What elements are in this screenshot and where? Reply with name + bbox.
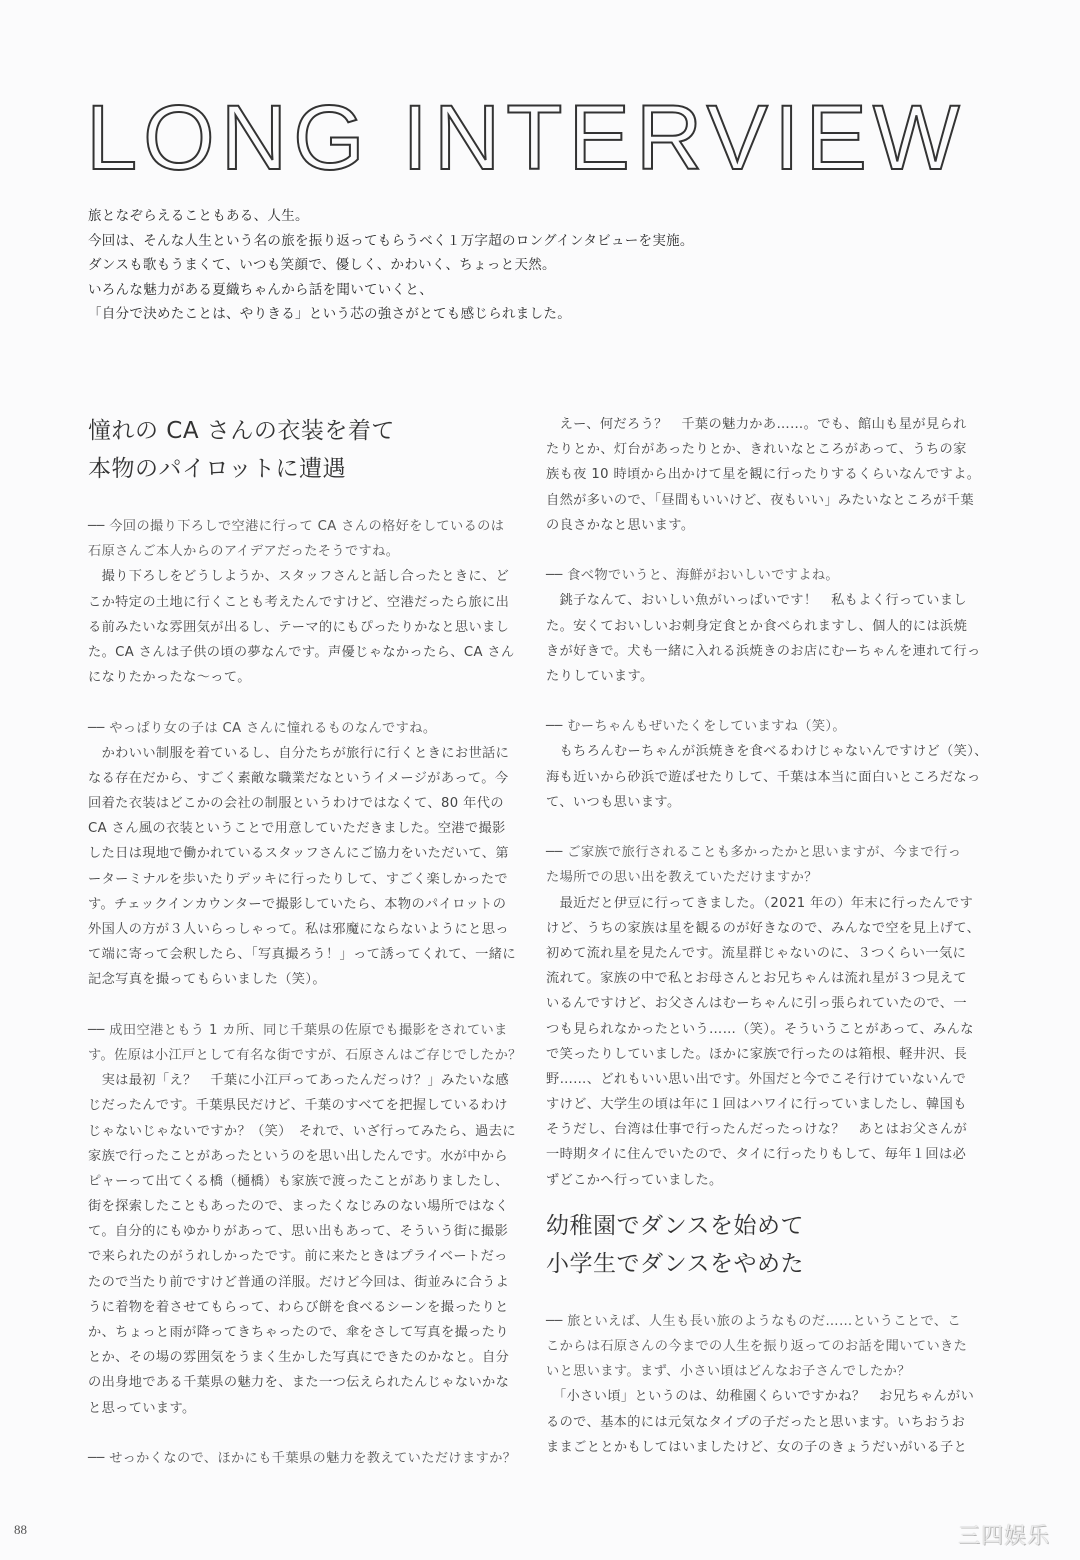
- answer-line: ピャーって出てくる橋（樋橋）も家族で渡ったことがありましたし、: [88, 1169, 508, 1194]
- answer-line: えー、何だろう？ 千葉の魅力かあ……。でも、館山も星が見られ: [546, 412, 966, 437]
- answer-line: きが好きで。犬も一緒に入れる浜焼きのお店にむーちゃんを連れて行っ: [546, 639, 966, 664]
- answer-line: た。安くておいしいお刺身定食とか食べられますし、個人的には浜焼: [546, 614, 966, 639]
- blocks: えー、何だろう？ 千葉の魅力かあ……。でも、館山も星が見られたりとか、灯台があっ…: [546, 412, 966, 1193]
- answer-line: かわいい制服を着ているし、自分たちが旅行に行くときにお世話に: [88, 741, 508, 766]
- answer-line: 外国人の方が３人いらっしゃって。私は邪魔にならないようにと思っ: [88, 917, 508, 942]
- answer-line: の良さかなと思います。: [546, 513, 966, 538]
- answer-line: とか、その場の雰囲気をうまく生かした写真にできたのかなと。自分: [88, 1345, 508, 1370]
- answer-line: 一時期タイに住んでいたので、タイに行ったりもして、毎年１回は必: [546, 1142, 966, 1167]
- answer-line: 「小さい頃」というのは、幼稚園くらいですかね？ お兄ちゃんがい: [546, 1384, 966, 1409]
- lead-line: 旅となぞらえることもある、人生。: [88, 204, 708, 229]
- answer-line: た。CA さんは子供の頃の夢なんです。声優じゃなかったら、CA さん: [88, 640, 508, 665]
- answer-line: て端に寄って会釈したら、「写真撮ろう！」って誘ってくれて、一緒に: [88, 942, 508, 967]
- answer-line: ずどこかへ行っていました。: [546, 1168, 966, 1193]
- heading-line: 本物のパイロットに遭遇: [88, 450, 508, 488]
- answer-line: こか特定の土地に行くことも考えたんですけど、空港だったら旅に出: [88, 590, 508, 615]
- answer-line: の出身地である千葉県の魅力を、また一つ伝えられたんじゃないかな: [88, 1370, 508, 1395]
- interviewer-question-line: ── むーちゃんもぜいたくをしていますね（笑）。: [546, 714, 966, 739]
- answer-line: 自然が多いので、「昼間もいいけど、夜もいい」みたいなところが千葉: [546, 488, 966, 513]
- lead-paragraph: 旅となぞらえることもある、人生。 今回は、そんな人生という名の旅を振り返ってもら…: [88, 204, 708, 327]
- interviewer-question-line: す。佐原は小江戸として有名な街ですが、石原さんはご存じでしたか？: [88, 1043, 508, 1068]
- right-column: えー、何だろう？ 千葉の魅力かあ……。でも、館山も星が見られたりとか、灯台があっ…: [546, 412, 966, 1460]
- answer-line: じゃないじゃないですか？（笑） それで、いざ行ってみたら、過去に: [88, 1119, 508, 1144]
- answer-line: なる存在だから、すごく素敵な職業だなというイメージがあって。今: [88, 766, 508, 791]
- blocks: ── 今回の撮り下ろしで空港に行って CA さんの格好をしているのは石原さんご本…: [88, 514, 508, 1471]
- answer-line: か、ちょっと雨が降ってきちゃったので、傘をさして写真を撮ったり: [88, 1320, 508, 1345]
- answer-line: もちろんむーちゃんが浜焼きを食べるわけじゃないんですけど（笑）、: [546, 739, 966, 764]
- answer-line: 街を探索したこともあったので、まったくなじみのない場所ではなく: [88, 1194, 508, 1219]
- paragraph-gap: [546, 689, 966, 714]
- watermark: 三四娱乐: [958, 1519, 1050, 1550]
- interviewer-question-line: ── ご家族で旅行されることも多かったかと思いますが、今まで行っ: [546, 840, 966, 865]
- answer-line: になりたかったな〜って。: [88, 665, 508, 690]
- answer-line: ーターミナルを歩いたりデッキに行ったりして、すごく楽しかったで: [88, 867, 508, 892]
- section-heading: 幼稚園でダンスを始めて 小学生でダンスをやめた: [546, 1207, 966, 1283]
- answer-line: 流れて。家族の中で私とお母さんとお兄ちゃんは流れ星が３つ見えて: [546, 966, 966, 991]
- paragraph-gap: [546, 538, 966, 563]
- answer-line: 撮り下ろしをどうしようか、スタッフさんと話し合ったときに、ど: [88, 564, 508, 589]
- paragraph-gap: [88, 1421, 508, 1446]
- answer-line: で来られたのがうれしかったです。前に来たときはプライベートだっ: [88, 1244, 508, 1269]
- answer-line: 回着た衣装はどこかの会社の制服というわけではなくて、80 年代の: [88, 791, 508, 816]
- paragraph-gap: [88, 690, 508, 715]
- answer-line: るので、基本的には元気なタイプの子だったと思います。いちおうお: [546, 1410, 966, 1435]
- answer-line: 海も近いから砂浜で遊ばせたりして、千葉は本当に面白いところだなっ: [546, 765, 966, 790]
- answer-line: けど、うちの家族は星を観るのが好きなので、みんなで空を見上げて、: [546, 916, 966, 941]
- answer-line: 実は最初「え？ 千葉に小江戸ってあったんだっけ？」みたいな感: [88, 1068, 508, 1093]
- answer-line: す。チェックインカウンターで撮影していたら、本物のパイロットの: [88, 892, 508, 917]
- paragraph-gap: [88, 993, 508, 1018]
- answer-line: たので当たり前ですけど普通の洋服。だけど今回は、街並みに合うよ: [88, 1270, 508, 1295]
- answer-line: つも見られなかったという……（笑）。そういうことがあって、みんな: [546, 1017, 966, 1042]
- lead-line: 「自分で決めたことは、やりきる」という芯の強さがとても感じられました。: [88, 302, 708, 327]
- answer-line: した日は現地で働かれているスタッフさんにご協力をいただいて、第: [88, 841, 508, 866]
- interviewer-question-line: ── せっかくなので、ほかにも千葉県の魅力を教えていただけますか？: [88, 1446, 508, 1471]
- answer-line: たりしています。: [546, 664, 966, 689]
- heading-line: 小学生でダンスをやめた: [546, 1245, 966, 1283]
- interviewer-question-line: た場所での思い出を教えていただけますか？: [546, 865, 966, 890]
- lead-line: 今回は、そんな人生という名の旅を振り返ってもらうべく１万字超のロングインタビュー…: [88, 229, 708, 254]
- answer-line: 初めて流れ星を見たんです。流星群じゃないのに、３つくらい一気に: [546, 941, 966, 966]
- interviewer-question-line: 石原さんご本人からのアイデアだったそうですね。: [88, 539, 508, 564]
- answer-line: 記念写真を撮ってもらいました（笑）。: [88, 967, 508, 992]
- interviewer-question-line: いと思います。まず、小さい頃はどんなお子さんでしたか？: [546, 1359, 966, 1384]
- interviewer-question-line: ── やっぱり女の子は CA さんに憧れるものなんですね。: [88, 716, 508, 741]
- answer-line: る前みたいな雰囲気が出るし、テーマ的にもぴったりかなと思いまし: [88, 615, 508, 640]
- answer-line: て。自分的にもゆかりがあって、思い出もあって、そういう街に撮影: [88, 1219, 508, 1244]
- lead-line: いろんな魅力がある夏織ちゃんから話を聞いていくと、: [88, 278, 708, 303]
- interviewer-question-line: ── 旅といえば、人生も長い旅のようなものだ……ということで、こ: [546, 1309, 966, 1334]
- answer-line: CA さん風の衣装ということで用意していただきました。空港で撮影: [88, 816, 508, 841]
- paragraph-gap: [546, 815, 966, 840]
- heading-line: 幼稚園でダンスを始めて: [546, 1207, 966, 1245]
- answer-line: 家族で行ったことがあったというのを思い出したんです。水が中から: [88, 1144, 508, 1169]
- answer-line: すけど、大学生の頃は年に１回はハワイに行っていましたし、韓国も: [546, 1092, 966, 1117]
- answer-line: て、いつも思います。: [546, 790, 966, 815]
- page-number: 88: [14, 1522, 27, 1538]
- interviewer-question-line: ── 今回の撮り下ろしで空港に行って CA さんの格好をしているのは: [88, 514, 508, 539]
- answer-line: で笑ったりしていました。ほかに家族で行ったのは箱根、軽井沢、長: [546, 1042, 966, 1067]
- blocks: ── 旅といえば、人生も長い旅のようなものだ……ということで、ここからは石原さん…: [546, 1309, 966, 1460]
- answer-line: いるんですけど、お父さんはむーちゃんに引っ張られていたので、一: [546, 991, 966, 1016]
- answer-line: 族も夜 10 時頃から出かけて星を観に行ったりするくらいなんですよ。: [546, 462, 966, 487]
- left-column: 憧れの CA さんの衣装を着て 本物のパイロットに遭遇 ── 今回の撮り下ろしで…: [88, 412, 508, 1471]
- page-title: LONG INTERVIEW: [86, 92, 966, 184]
- heading-line: 憧れの CA さんの衣装を着て: [88, 412, 508, 450]
- answer-line: と思っています。: [88, 1396, 508, 1421]
- answer-line: 銚子なんて、おいしい魚がいっぱいです！ 私もよく行っていまし: [546, 588, 966, 613]
- answer-line: そうだし、台湾は仕事で行ったんだったっけな？ あとはお父さんが: [546, 1117, 966, 1142]
- answer-line: じだったんです。千葉県民だけど、千葉のすべてを把握しているわけ: [88, 1093, 508, 1118]
- answer-line: うに着物を着させてもらって、わらび餅を食べるシーンを撮ったりと: [88, 1295, 508, 1320]
- answer-line: 最近だと伊豆に行ってきました。（2021 年の）年末に行ったんです: [546, 891, 966, 916]
- section-heading: 憧れの CA さんの衣装を着て 本物のパイロットに遭遇: [88, 412, 508, 488]
- answer-line: 野……、どれもいい思い出です。外国だと今でこそ行けていないんで: [546, 1067, 966, 1092]
- interviewer-question-line: こからは石原さんの今までの人生を振り返ってのお話を聞いていきた: [546, 1334, 966, 1359]
- interviewer-question-line: ── 成田空港ともう 1 カ所、同じ千葉県の佐原でも撮影をされていま: [88, 1018, 508, 1043]
- interviewer-question-line: ── 食べ物でいうと、海鮮がおいしいですよね。: [546, 563, 966, 588]
- answer-line: ままごととかもしてはいましたけど、女の子のきょうだいがいる子と: [546, 1435, 966, 1460]
- lead-line: ダンスも歌もうまくて、いつも笑顔で、優しく、かわいく、ちょっと天然。: [88, 253, 708, 278]
- answer-line: たりとか、灯台があったりとか、きれいなところがあって、うちの家: [546, 437, 966, 462]
